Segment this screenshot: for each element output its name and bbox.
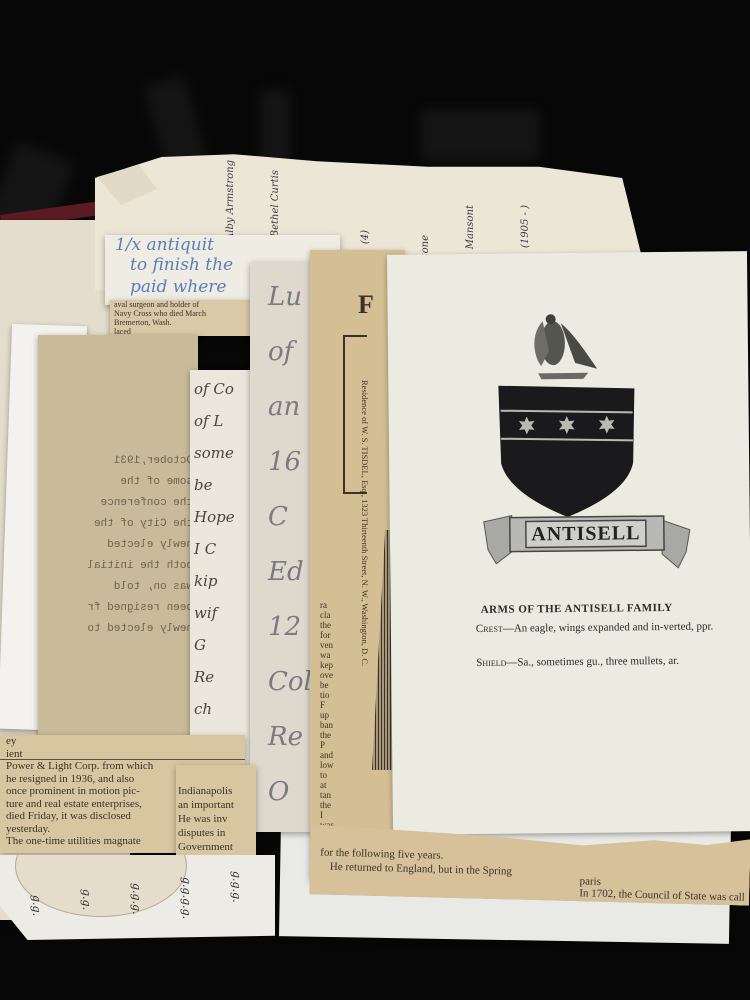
- headline-letter: F: [358, 290, 374, 320]
- pencil-line: Re: [268, 722, 303, 752]
- clipping-line: for the following five years.: [320, 847, 443, 862]
- banner-text: ANTISELL: [526, 522, 646, 546]
- pencil-line: Ed: [268, 557, 304, 587]
- clipping-line: Bremerton, Wash.: [114, 318, 172, 327]
- typed-line: been resigned fr: [43, 602, 193, 623]
- shield-description: Shield—Sa., sometimes gu., three mullets…: [476, 653, 731, 670]
- cursive-line: I C: [194, 540, 216, 558]
- side-clipping: Indianapolisan importantHe was invdisput…: [176, 765, 256, 855]
- clipping-line: ey: [6, 735, 16, 747]
- column-fragment: ra: [320, 600, 327, 610]
- clipping-line: disputes in: [178, 827, 225, 839]
- letter-line: (4): [360, 230, 371, 244]
- clipping-line: paris: [579, 875, 601, 888]
- typed-line: some of the: [43, 476, 193, 497]
- cursive-line: of Co: [194, 380, 234, 398]
- cursive-line: of L: [194, 412, 223, 430]
- clipping-line: Indianapolis: [178, 785, 232, 797]
- pencil-line: C: [268, 502, 288, 532]
- letter-line: Mansont: [465, 205, 476, 249]
- column-fragment: the: [320, 730, 331, 740]
- handwritten-mark: g.g.g.: [230, 871, 243, 903]
- engraving-border: [343, 335, 367, 494]
- surface-scuff: [420, 110, 540, 160]
- column-fragment: ban: [320, 720, 333, 730]
- clipping-rule: [0, 759, 245, 760]
- handwritten-mark: g.g.g.g.: [180, 877, 193, 919]
- handwritten-mark: g.g.: [30, 895, 43, 916]
- small-clipping: aval surgeon and holder of Navy Cross wh…: [110, 300, 260, 336]
- column-fragment: P: [320, 740, 325, 750]
- crest-card: ANTISELL ARMS OF THE ANTISELL FAMILY Cre…: [387, 251, 750, 835]
- column-fragment: for: [320, 630, 331, 640]
- column-fragment: tan: [320, 790, 331, 800]
- cursive-line: be: [194, 476, 212, 494]
- arms-title: ARMS OF THE ANTISELL FAMILY: [481, 602, 673, 616]
- pencil-line: 12: [268, 612, 301, 642]
- clipping-line: once prominent in motion pic-: [6, 785, 140, 797]
- clipping-line: Navy Cross who died March: [114, 309, 206, 318]
- cursive-line: G: [194, 636, 206, 654]
- column-fragment: ove: [320, 670, 333, 680]
- cursive-line: ch: [194, 700, 212, 718]
- cursive-line: kip: [194, 572, 218, 590]
- clipping-line: ient: [6, 748, 23, 760]
- column-fragment: cla: [320, 610, 331, 620]
- cursive-line: some: [194, 444, 234, 462]
- clipping-line: The one-time utilities magnate: [6, 835, 141, 847]
- typed-line: newly elected to: [43, 623, 193, 644]
- column-fragment: the: [320, 800, 331, 810]
- blue-note-line: to finish the: [130, 255, 233, 275]
- column-fragment: wa: [320, 650, 331, 660]
- letter-line: (1905 - ): [520, 205, 531, 248]
- shield-label: Shield: [476, 657, 506, 669]
- column-fragment: to: [320, 770, 327, 780]
- cursive-line: Hope: [194, 508, 235, 526]
- column-fragment: low: [320, 760, 334, 770]
- pencil-line: Col: [268, 667, 312, 697]
- column-fragment: I: [320, 810, 323, 820]
- clipping-line: Power & Light Corp. from which: [6, 760, 153, 772]
- handwritten-mark: g.g.: [80, 889, 93, 910]
- column-fragment: tio: [320, 690, 330, 700]
- column-fragment: be: [320, 680, 329, 690]
- crest-text: —An eagle, wings expanded and in-verted,…: [503, 621, 714, 635]
- column-fragment: F: [320, 700, 325, 710]
- clipping-line: Government: [178, 841, 233, 853]
- clipping-line: ture and real estate enterprises,: [6, 798, 142, 810]
- blue-note-line: paid where: [130, 277, 227, 297]
- typed-line: both the initial: [43, 560, 193, 581]
- clipping-line: yesterday.: [6, 823, 50, 835]
- eagle-icon: [523, 311, 604, 382]
- shield-icon: [496, 382, 637, 518]
- column-fragment: the: [320, 620, 331, 630]
- bottom-handwritten-sheet: g.g.g.g.g.g.g.g.g.g.g.g.g.g.: [0, 855, 275, 940]
- typed-line: the City of the: [43, 518, 193, 539]
- handwritten-mark: g.g.g.: [130, 883, 143, 915]
- crest-label: Crest: [476, 623, 503, 635]
- clipping-line: an important: [178, 799, 234, 811]
- cursive-line: Re: [194, 668, 214, 686]
- typed-line: October,1931: [43, 455, 193, 476]
- column-fragment: and: [320, 750, 333, 760]
- column-fragment: ven: [320, 640, 333, 650]
- typed-line: the conference: [43, 497, 193, 518]
- pencil-line: of: [268, 337, 293, 367]
- typed-line: newly elected: [43, 539, 193, 560]
- clipping-line: he resigned in 1936, and also: [6, 773, 134, 785]
- pencil-line: O: [268, 777, 289, 807]
- blue-note-line: 1/x antiquit: [115, 235, 214, 255]
- typed-line: was on, told: [43, 581, 193, 602]
- column-fragment: at: [320, 780, 327, 790]
- shield-text: —Sa., sometimes gu., three mullets, ar.: [506, 655, 679, 669]
- typed-sheet: October,1931 some of the the conference …: [38, 335, 198, 760]
- column-fragment: kep: [320, 660, 333, 670]
- typed-text-block: October,1931 some of the the conference …: [43, 455, 193, 644]
- clipping-line: In 1702, the Council of State was call: [579, 887, 745, 903]
- clipping-line: died Friday, it was disclosed: [6, 810, 131, 822]
- pencil-line: 16: [268, 447, 301, 477]
- clipping-line: He was inv: [178, 813, 228, 825]
- crest-description: Crest—An eagle, wings expanded and in-ve…: [476, 619, 731, 636]
- column-fragment: up: [320, 710, 329, 720]
- cursive-line: wif: [194, 604, 217, 622]
- pencil-line: an: [268, 392, 300, 422]
- clipping-line: aval surgeon and holder of: [114, 300, 199, 309]
- clipping-line: He returned to England, but in the Sprin…: [330, 861, 512, 878]
- pencil-line: Lu: [268, 282, 302, 312]
